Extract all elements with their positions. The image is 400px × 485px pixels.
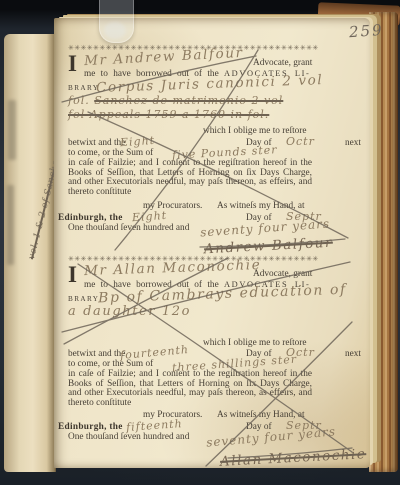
restore-day: Eight: [120, 134, 156, 149]
signature: Allan Maconochie: [220, 446, 367, 470]
book-title-line2-struck: Sanchez de matrimonio 2 vol: [94, 94, 283, 107]
printed-advocate-grant: Advocate, grant: [253, 269, 312, 279]
ghost-text-mark: [7, 185, 14, 265]
printed-betwixt: betwixt and the: [68, 349, 125, 359]
printed-to-come: to come, or the Sum of: [68, 359, 153, 369]
printed-year-line: One thouſand ſeven hundred and: [68, 432, 189, 442]
printed-failzie-clause: in caſe of Failzie; and I conſent to the…: [68, 159, 312, 198]
restore-month: Octr: [286, 135, 315, 148]
printed-year-line: One thouſand ſeven hundred and: [68, 223, 189, 233]
ghost-text-mark: [8, 100, 16, 160]
printed-advocate-grant: Advocate, grant: [253, 58, 312, 68]
printed-next: next: [345, 138, 361, 148]
book-title-line2-prefix: fol.: [68, 94, 90, 107]
printed-failzie-clause: in caſe of Failzie; and I conſent to the…: [68, 370, 312, 409]
printed-betwixt: betwixt and the: [68, 138, 125, 148]
printed-next: next: [345, 349, 361, 359]
printed-edinburgh: Edinburgh, the: [58, 422, 123, 432]
printed-edinburgh: Edinburgh, the: [58, 213, 123, 223]
book-title-line3: fol Appeals 1759 a 1760 in fol.: [68, 108, 269, 121]
printed-to-come: to come, or the Sum of: [68, 148, 153, 158]
register-page: 259 ✳✳✳✳✳✳✳✳✳✳✳✳✳✳✳✳✳✳✳✳✳✳✳✳✳✳✳✳✳✳✳✳✳✳✳✳…: [54, 18, 370, 468]
signing-day: Eight: [132, 209, 168, 224]
printed-brary: BRARY: [68, 295, 99, 303]
book-title-line2: fol. Sanchez de matrimonio 2 vol: [68, 94, 283, 107]
photographed-register-page: vol. 1 & 2 of Sanchez returned 259 ✳✳✳✳✳…: [0, 0, 400, 485]
signature: Andrew Balfour: [204, 235, 334, 258]
form-dropcap: I: [68, 265, 77, 285]
form-dropcap: I: [68, 54, 77, 74]
book-title-line2: a daughter 12o: [68, 304, 191, 319]
book-fore-edge: [369, 12, 398, 472]
page-number: 259: [348, 21, 384, 41]
printed-brary: BRARY: [68, 84, 99, 92]
page-holder-reflection: [104, 22, 126, 39]
